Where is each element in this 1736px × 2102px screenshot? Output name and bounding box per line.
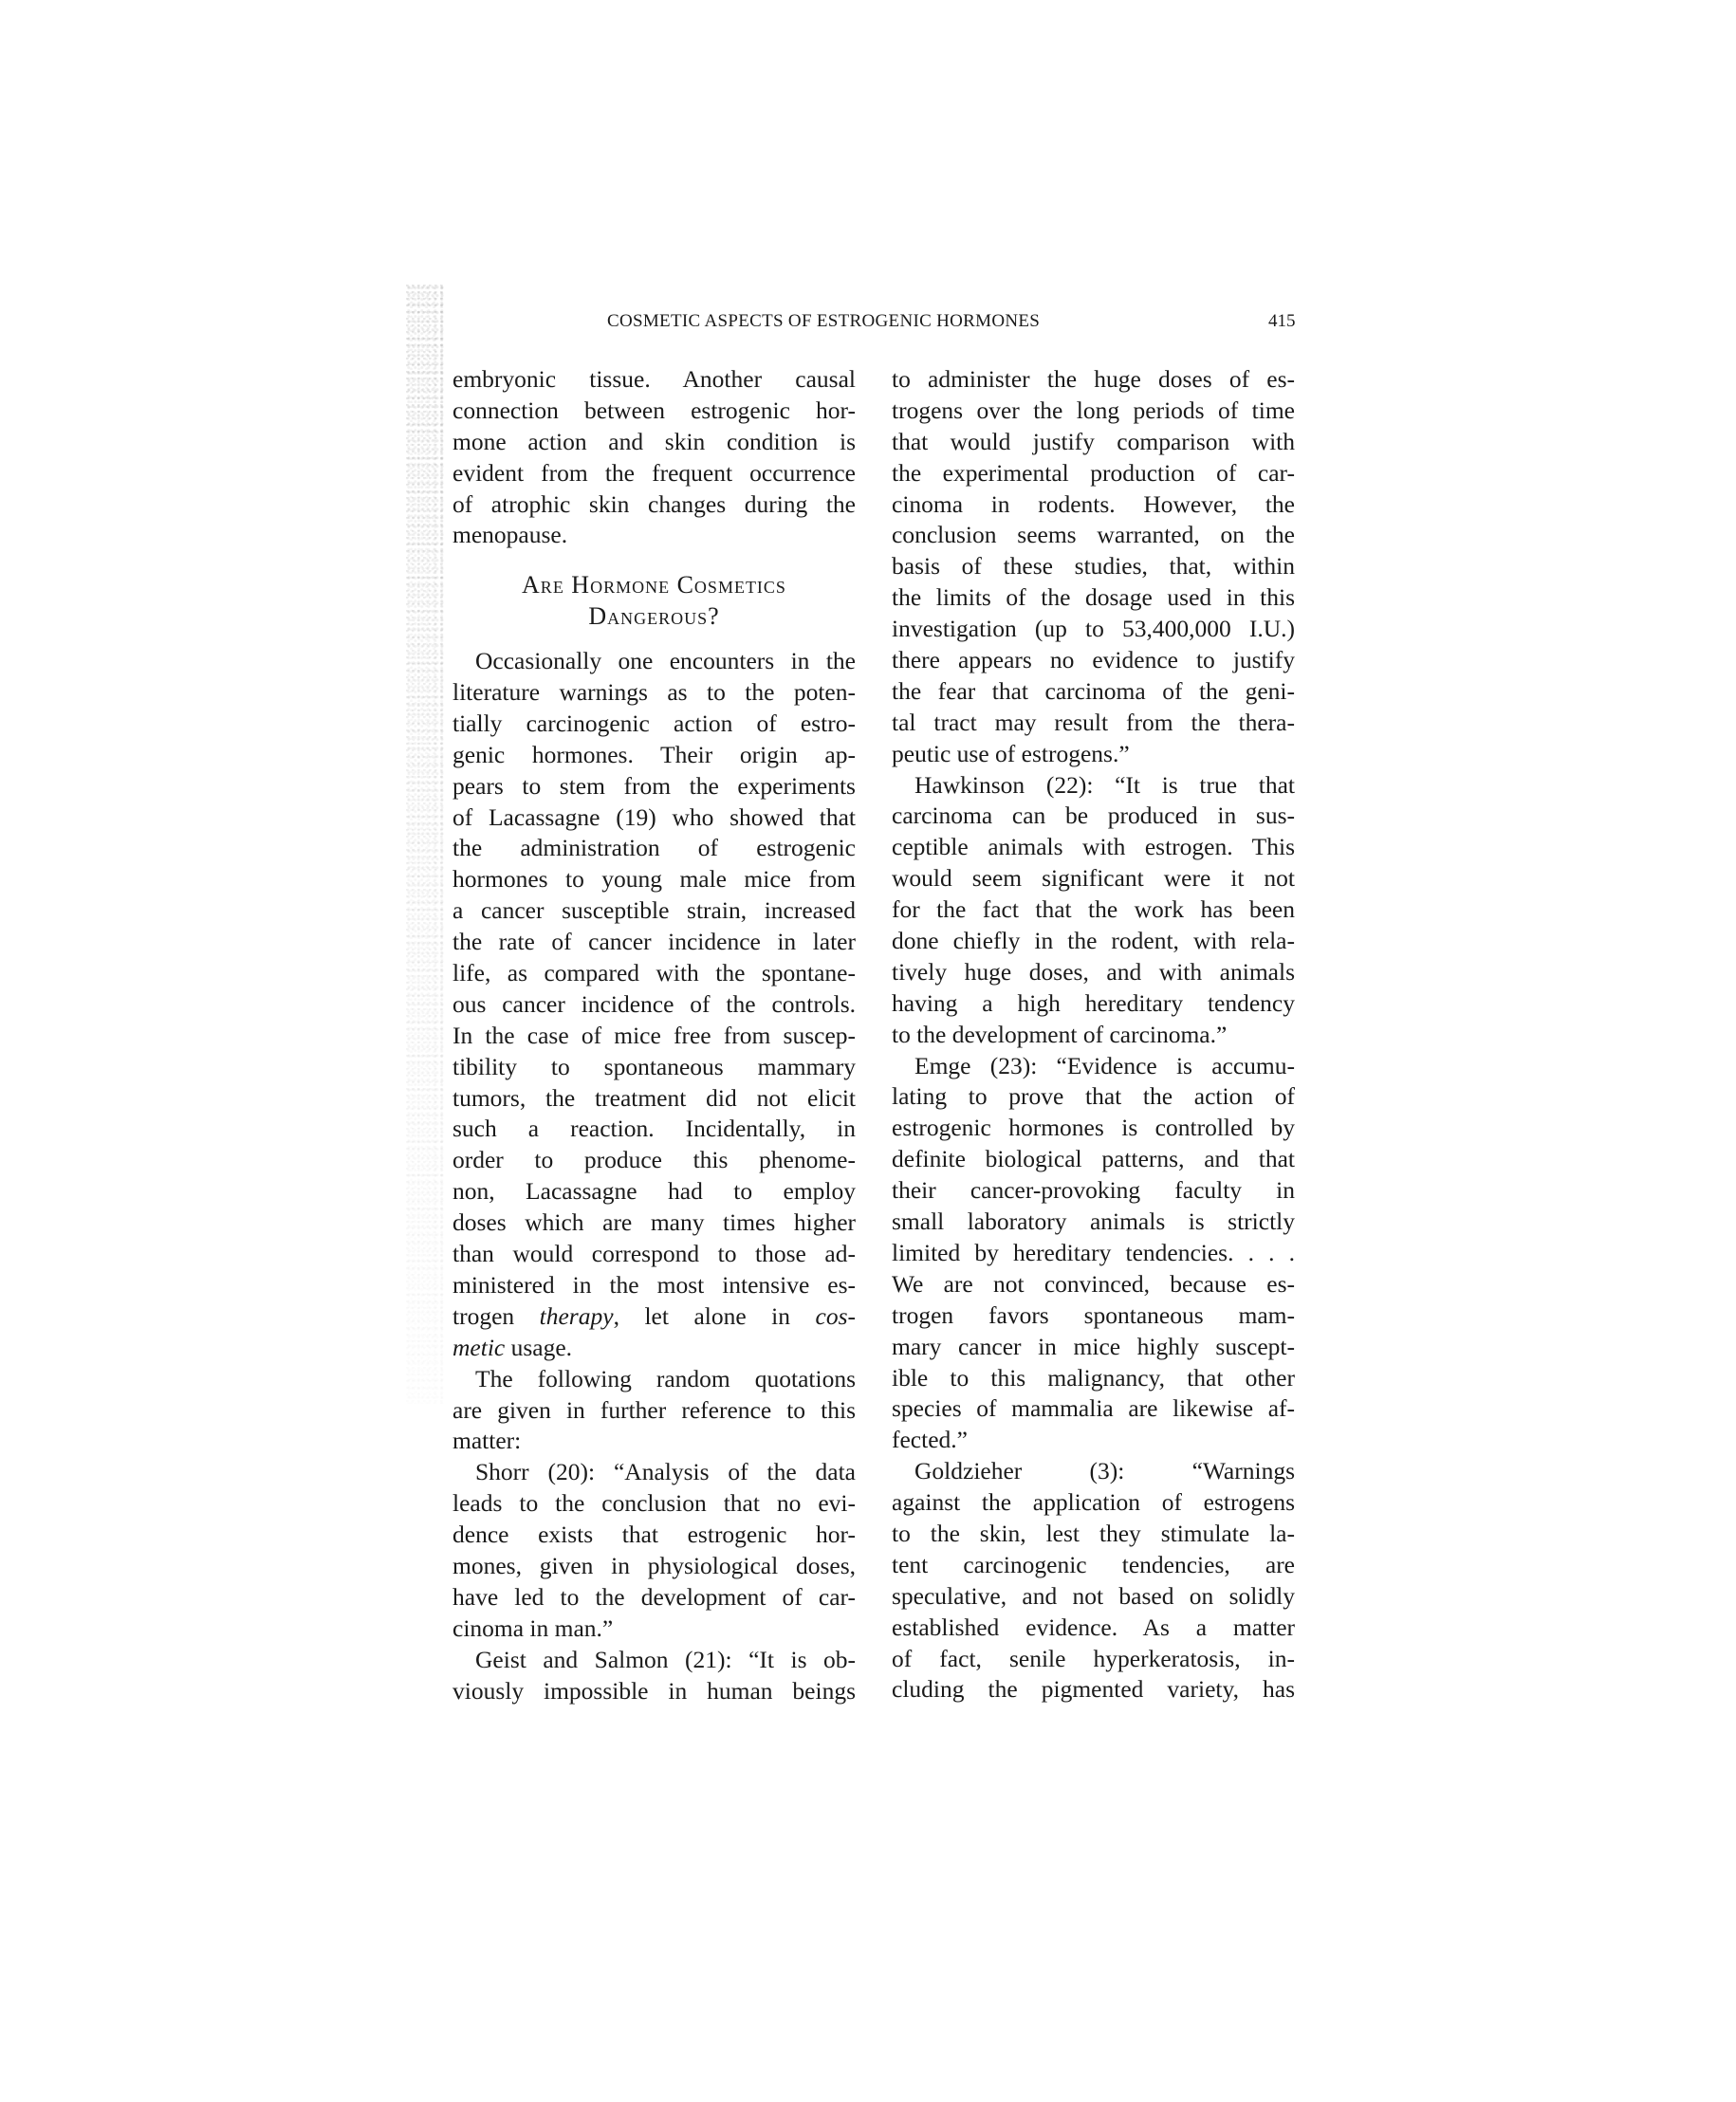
text-line: Emge (23): “Evidence is accumu- xyxy=(892,1051,1295,1082)
quote-goldzieher: Goldzieher (3): “Warnings against the ap… xyxy=(892,1456,1295,1706)
text-line: having a high hereditary tendency xyxy=(892,988,1295,1020)
text-line: their cancer-provoking faculty in xyxy=(892,1175,1295,1207)
text-line: pears to stem from the experiments xyxy=(452,771,856,802)
text-line: fected.” xyxy=(892,1425,1295,1456)
text-line: ministered in the most intensive es- xyxy=(452,1270,856,1301)
text-line: leads to the conclusion that no evi- xyxy=(452,1488,856,1520)
paragraph-quotations-intro: The following random quotations are give… xyxy=(452,1364,856,1458)
text-line: genic hormones. Their origin ap- xyxy=(452,740,856,771)
text-line: of atrophic skin changes during the xyxy=(452,489,856,521)
text-line: basis of these studies, that, within xyxy=(892,551,1295,582)
text-line: definite biological patterns, and that xyxy=(892,1144,1295,1175)
text-line: would seem significant were it not xyxy=(892,863,1295,894)
left-column: embryonic tissue. Another causal connect… xyxy=(452,364,856,1706)
text-line: Hawkinson (22): “It is true that xyxy=(892,770,1295,802)
page-number: 415 xyxy=(1268,311,1296,332)
quote-geist-salmon-continued: to administer the huge doses of es- trog… xyxy=(892,364,1295,770)
text-line: connection between estrogenic hor- xyxy=(452,396,856,427)
text-line: there appears no evidence to justify xyxy=(892,645,1295,676)
text-line: tumors, the treatment did not elicit xyxy=(452,1083,856,1115)
text-line: carcinoma can be produced in sus- xyxy=(892,801,1295,832)
italic-term-therapy: therapy xyxy=(540,1302,614,1330)
text-line: menopause. xyxy=(452,520,856,551)
text-line: mones, given in physiological doses, xyxy=(452,1551,856,1582)
text-line: are given in further reference to this xyxy=(452,1395,856,1427)
text-line: embryonic tissue. Another causal xyxy=(452,364,856,396)
text-line: peutic use of estrogens.” xyxy=(892,739,1295,770)
text-line: investigation (up to 53,400,000 I.U.) xyxy=(892,614,1295,645)
quote-hawkinson: Hawkinson (22): “It is true that carcino… xyxy=(892,770,1295,1051)
text-line: to administer the huge doses of es- xyxy=(892,364,1295,396)
text-line: trogens over the long periods of time xyxy=(892,396,1295,427)
text-line: mone action and skin condition is xyxy=(452,427,856,458)
text-line: tent carcinogenic tendencies, are xyxy=(892,1550,1295,1581)
text-line: tially carcinogenic action of estro- xyxy=(452,709,856,740)
text-line: the experimental production of car- xyxy=(892,458,1295,489)
italic-term-cosmetic-part1: cos- xyxy=(816,1302,856,1330)
text-line: Shorr (20): “Analysis of the data xyxy=(452,1457,856,1488)
text-line: have led to the development of car- xyxy=(452,1582,856,1613)
text-fragment: usage. xyxy=(505,1334,572,1361)
text-line: We are not convinced, because es- xyxy=(892,1269,1295,1300)
text-line: In the case of mice free from suscep- xyxy=(452,1021,856,1052)
text-line: non, Lacassagne had to employ xyxy=(452,1176,856,1208)
text-line: species of mammalia are likewise af- xyxy=(892,1393,1295,1425)
italic-term-cosmetic-part2: metic xyxy=(452,1334,505,1361)
text-line: literature warnings as to the poten- xyxy=(452,677,856,709)
right-column: to administer the huge doses of es- trog… xyxy=(892,364,1295,1706)
text-line: the administration of estrogenic xyxy=(452,833,856,864)
text-line: The following random quotations xyxy=(452,1364,856,1395)
text-line: cinoma in rodents. However, the xyxy=(892,489,1295,521)
text-line: established evidence. As a matter xyxy=(892,1613,1295,1644)
text-line-italic-mixed: trogen therapy, let alone in cos- xyxy=(452,1301,856,1333)
text-line: that would justify comparison with xyxy=(892,427,1295,458)
running-header-title: COSMETIC ASPECTS OF ESTROGENIC HORMONES xyxy=(607,311,1040,332)
text-line: estrogenic hormones is controlled by xyxy=(892,1113,1295,1144)
text-line: to the development of carcinoma.” xyxy=(892,1020,1295,1051)
text-line: tal tract may result from the thera- xyxy=(892,708,1295,739)
quote-geist-salmon: Geist and Salmon (21): “It is ob- viousl… xyxy=(452,1645,856,1707)
text-line: viously impossible in human beings xyxy=(452,1676,856,1707)
text-line: Goldzieher (3): “Warnings xyxy=(892,1456,1295,1487)
text-line: tively huge doses, and with animals xyxy=(892,957,1295,988)
text-line: the rate of cancer incidence in later xyxy=(452,927,856,958)
text-line: order to produce this phenome- xyxy=(452,1145,856,1176)
text-line: such a reaction. Incidentally, in xyxy=(452,1114,856,1145)
paragraph-lacassagne: Occasionally one encounters in the liter… xyxy=(452,646,856,1363)
text-line: of fact, senile hyperkeratosis, in- xyxy=(892,1644,1295,1675)
text-line: evident from the frequent occurrence xyxy=(452,458,856,489)
section-heading: Are Hormone Cosmetics Dangerous? xyxy=(452,570,856,633)
text-line: cinoma in man.” xyxy=(452,1613,856,1645)
text-line: hormones to young male mice from xyxy=(452,864,856,895)
text-line: to the skin, lest they stimulate la- xyxy=(892,1519,1295,1550)
text-line: mary cancer in mice highly suscept- xyxy=(892,1332,1295,1363)
text-line: of Lacassagne (19) who showed that xyxy=(452,802,856,834)
text-line: the fear that carcinoma of the geni- xyxy=(892,676,1295,708)
document-page: COSMETIC ASPECTS OF ESTROGENIC HORMONES … xyxy=(0,0,1736,2102)
section-heading-line1: Are Hormone Cosmetics xyxy=(452,570,856,601)
text-line: cluding the pigmented variety, has xyxy=(892,1674,1295,1706)
text-line: Occasionally one encounters in the xyxy=(452,646,856,677)
text-fragment: , let alone in xyxy=(614,1302,816,1330)
text-line: against the application of estrogens xyxy=(892,1487,1295,1519)
quote-emge: Emge (23): “Evidence is accumu- lating t… xyxy=(892,1051,1295,1457)
text-line: for the fact that the work has been xyxy=(892,894,1295,926)
text-line: doses which are many times higher xyxy=(452,1208,856,1239)
text-line: ceptible animals with estrogen. This xyxy=(892,832,1295,863)
quote-shorr: Shorr (20): “Analysis of the data leads … xyxy=(452,1457,856,1644)
text-line: speculative, and not based on solidly xyxy=(892,1581,1295,1613)
text-line: the limits of the dosage used in this xyxy=(892,582,1295,614)
text-line: a cancer susceptible strain, increased xyxy=(452,895,856,927)
scan-edge-artifact xyxy=(406,285,444,1404)
text-line: lating to prove that the action of xyxy=(892,1081,1295,1113)
text-line: life, as compared with the spontane- xyxy=(452,958,856,989)
text-line: done chiefly in the rodent, with rela- xyxy=(892,926,1295,957)
text-line: tibility to spontaneous mammary xyxy=(452,1052,856,1083)
text-fragment: trogen xyxy=(452,1302,540,1330)
text-line: trogen favors spontaneous mam- xyxy=(892,1300,1295,1332)
text-line-italic-mixed: metic usage. xyxy=(452,1333,856,1364)
text-line: matter: xyxy=(452,1426,856,1457)
section-heading-line2: Dangerous? xyxy=(452,601,856,633)
text-line: than would correspond to those ad- xyxy=(452,1239,856,1270)
text-line: ous cancer incidence of the controls. xyxy=(452,989,856,1021)
text-line: limited by hereditary tendencies. . . . xyxy=(892,1238,1295,1269)
text-line: ible to this malignancy, that other xyxy=(892,1363,1295,1394)
text-line: Geist and Salmon (21): “It is ob- xyxy=(452,1645,856,1676)
intro-paragraph: embryonic tissue. Another causal connect… xyxy=(452,364,856,551)
text-line: conclusion seems warranted, on the xyxy=(892,520,1295,551)
text-line: dence exists that estrogenic hor- xyxy=(452,1520,856,1551)
text-line: small laboratory animals is strictly xyxy=(892,1207,1295,1238)
